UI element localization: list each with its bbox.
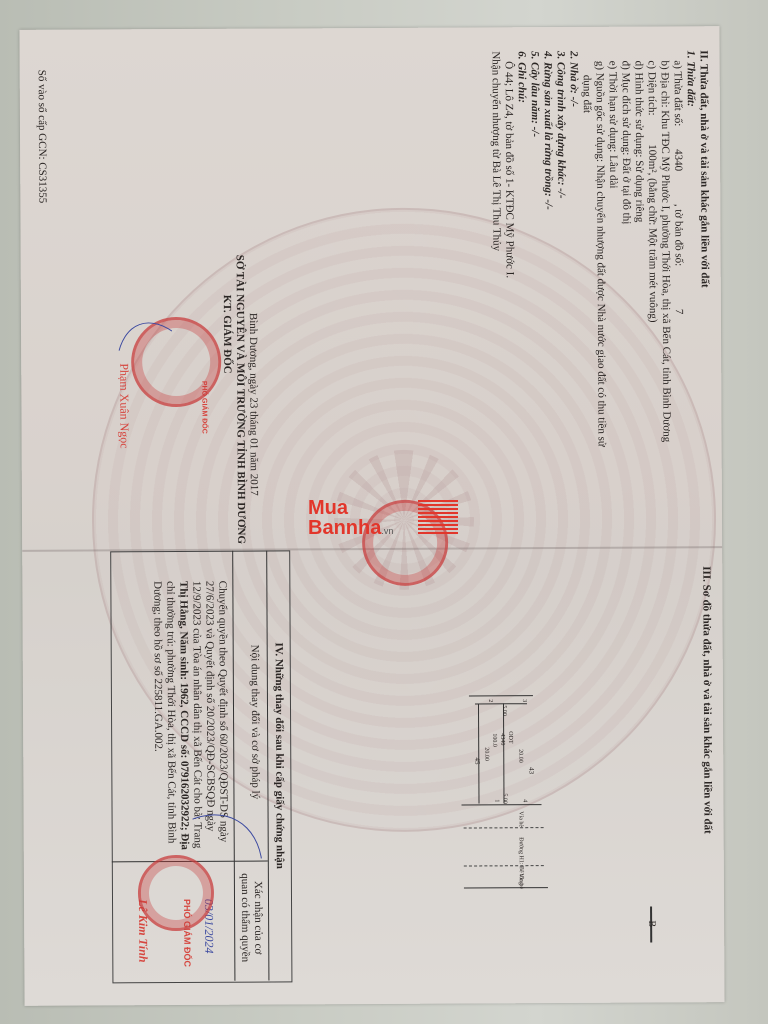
watermark-line2: Bannha bbox=[308, 517, 381, 539]
watermark-line1: Mua bbox=[308, 498, 393, 518]
plot-diagram: 43 45 ODT 4340 100.0 20.00 20.00 5.00 5.… bbox=[19, 26, 719, 30]
neighbor-43: 43 bbox=[527, 767, 535, 774]
area-label: c) Diện tích: bbox=[646, 60, 658, 115]
parcel-number: 4340 bbox=[672, 129, 684, 171]
section4-title: IV. Những thay đổi sau khi cấp giấy chứn… bbox=[272, 642, 286, 868]
entry-line: Thị Hằng, Năm sinh: 1962, CCCD số: 07916… bbox=[176, 581, 190, 850]
section2-block: II. Thửa đất, nhà ở và tài sản khác gắn … bbox=[489, 50, 712, 447]
note-2: Nhận chuyển nhượng từ Bà Lê Thị Thu Thủy bbox=[489, 51, 504, 447]
entry-line: 27/6/2023 và Quyết định số 20/2023/QĐ-SC… bbox=[202, 581, 216, 850]
usage-form: d) Hình thức sử dụng: Sử dụng riêng bbox=[632, 51, 647, 447]
entry-line: Chuyển quyền theo Quyết định số 60/2023/… bbox=[215, 581, 229, 850]
note-1: Ô 44; Lô Z4, tờ bản đồ số 1- KTĐC Mỹ Phư… bbox=[502, 51, 517, 447]
place-date: Bình Dương, ngày 23 tháng 01 năm 2017 bbox=[246, 255, 261, 544]
watermark-icon bbox=[418, 500, 458, 534]
change-entry: Chuyển quyền theo Quyết định số 60/2023/… bbox=[150, 581, 229, 850]
area-value: 100m², (bằng chữ: Một trăm mét vuông) bbox=[646, 118, 659, 322]
issuing-authority: SỞ TÀI NGUYÊN VÀ MÔI TRƯỜNG TỈNH BÌNH DƯ… bbox=[233, 255, 248, 544]
signing-block: Bình Dương, ngày 23 tháng 01 năm 2017 SỞ… bbox=[220, 255, 261, 545]
usage-term: e) Thời hạn sử dụng: Lâu dài bbox=[606, 51, 621, 447]
usage-purpose: đ) Mục đích sử dụng: Đất ở tại đô thị bbox=[619, 51, 634, 447]
plot-land-type: ODT bbox=[507, 731, 513, 743]
watermark-suffix: .vn bbox=[381, 526, 393, 536]
col-content-header: Nội dung thay đổi và cơ sở pháp lý bbox=[248, 645, 262, 800]
usage-origin-cont: dụng đất bbox=[580, 51, 595, 447]
corner-2: 2 bbox=[487, 699, 493, 702]
side-top: 20.00 bbox=[517, 749, 523, 763]
section3-title: III. Sơ đồ thửa đất, nhà ở và tài sản kh… bbox=[699, 566, 713, 834]
area-row: c) Diện tích: 100m², (bằng chữ: Một trăm… bbox=[645, 50, 660, 446]
address: b) Địa chỉ: Khu TĐC Mỹ Phước I, phường T… bbox=[658, 50, 673, 446]
other-construction: 3. Công trình xây dựng khác: -/- bbox=[554, 51, 569, 447]
parcel-number-label: a) Thửa đất số: bbox=[672, 50, 684, 126]
entry-line: 12/9/2023 của Tòa án nhân dân thị xã Bến… bbox=[189, 581, 203, 850]
corner-3: 3 bbox=[521, 699, 527, 702]
on-behalf: KT. GIÁM ĐỐC bbox=[220, 255, 235, 544]
side-bottom: 20.00 bbox=[483, 747, 489, 761]
sidewalk-1: Vỉa hè bbox=[518, 811, 524, 827]
entry-line: chỉ thường trú: phường Thới Hòa, thị xã … bbox=[163, 581, 177, 850]
north-arrow-label: B bbox=[645, 921, 658, 928]
neighbor-45: 45 bbox=[473, 757, 481, 764]
side-right: 5.00 bbox=[501, 793, 507, 804]
sidewalk-2: Vỉa hè bbox=[518, 873, 524, 889]
map-sheet-number: 7 bbox=[673, 269, 685, 315]
production-forest: 4. Rừng sản xuất là rừng trồng: -/- bbox=[541, 51, 556, 447]
registry-number: Số vào sổ cấp GCN: CS31355 bbox=[35, 70, 49, 204]
section2-title: II. Thửa đất, nhà ở và tài sản khác gắn … bbox=[697, 50, 712, 446]
corner-4: 4 bbox=[521, 799, 527, 802]
corner-1: 1 bbox=[493, 799, 499, 802]
north-arrow: B bbox=[650, 907, 652, 943]
map-sheet-label: , tờ bản đồ số: bbox=[672, 174, 684, 266]
watermark-logo: Mua Bannha.vn bbox=[308, 498, 393, 539]
plot-area: 100.0 bbox=[491, 733, 497, 747]
plot-parcel: 4340 bbox=[499, 733, 505, 745]
parcel-number-row: a) Thửa đất số: 4340 , tờ bản đồ số: 7 bbox=[671, 50, 686, 446]
usage-origin: g) Nguồn gốc sử dụng: Nhận chuyển nhượng… bbox=[593, 51, 608, 447]
perennial-trees: 5. Cây lâu năm: -/- bbox=[528, 51, 543, 447]
side-left: 5.00 bbox=[501, 705, 507, 716]
entry-line: Dương; theo hồ sơ số 225811.GA.002. bbox=[150, 581, 164, 850]
watermark-line2-row: Bannha.vn bbox=[308, 518, 393, 539]
